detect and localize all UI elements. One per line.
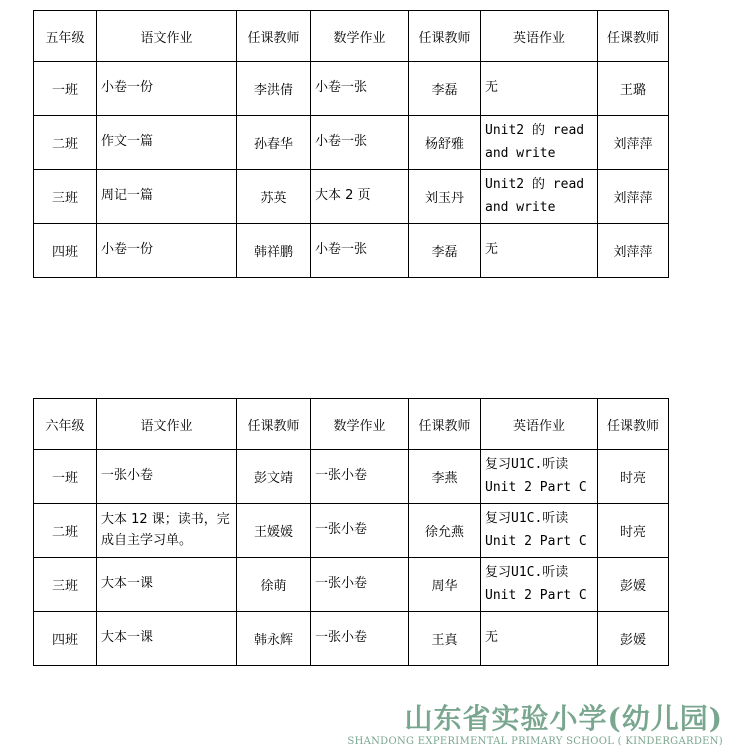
column-header-teacher: 任课教师	[237, 399, 311, 450]
school-name-english: SHANDONG EXPERIMENTAL PRIMARY SCHOOL ( K…	[347, 736, 723, 747]
english-homework-cell: 复习U1C.听读Unit 2 Part C	[481, 504, 598, 558]
table-row: 一班 小卷一份 李洪倩 小卷一张 李磊 无 王璐	[34, 62, 669, 116]
math-homework-cell: 一张小卷	[311, 504, 409, 558]
english-homework-cell: 复习U1C.听读Unit 2 Part C	[481, 558, 598, 612]
teacher-cell: 王璐	[598, 62, 669, 116]
class-cell: 三班	[34, 558, 97, 612]
grade6-header-row: 六年级 语文作业 任课教师 数学作业 任课教师 英语作业 任课教师	[34, 399, 669, 450]
class-cell: 二班	[34, 116, 97, 170]
teacher-cell: 徐萌	[237, 558, 311, 612]
teacher-cell: 徐允燕	[409, 504, 481, 558]
chinese-homework-cell: 一张小卷	[97, 450, 237, 504]
column-header-teacher: 任课教师	[598, 399, 669, 450]
teacher-cell: 苏英	[237, 170, 311, 224]
table-row: 一班 一张小卷 彭文靖 一张小卷 李燕 复习U1C.听读Unit 2 Part …	[34, 450, 669, 504]
grade5-header-row: 五年级 语文作业 任课教师 数学作业 任课教师 英语作业 任课教师	[34, 11, 669, 62]
teacher-cell: 刘萍萍	[598, 170, 669, 224]
teacher-cell: 时亮	[598, 504, 669, 558]
math-homework-cell: 大本 2 页	[311, 170, 409, 224]
teacher-cell: 彭媛	[598, 558, 669, 612]
teacher-cell: 韩永辉	[237, 612, 311, 666]
math-homework-cell: 一张小卷	[311, 450, 409, 504]
english-homework-cell: 复习U1C.听读Unit 2 Part C	[481, 450, 598, 504]
column-header-teacher: 任课教师	[598, 11, 669, 62]
grade5-label: 五年级	[34, 11, 97, 62]
grade5-homework-table: 五年级 语文作业 任课教师 数学作业 任课教师 英语作业 任课教师 一班 小卷一…	[33, 10, 669, 278]
teacher-cell: 王真	[409, 612, 481, 666]
english-homework-cell: 无	[481, 62, 598, 116]
class-cell: 四班	[34, 612, 97, 666]
chinese-homework-cell: 作文一篇	[97, 116, 237, 170]
math-homework-cell: 小卷一张	[311, 116, 409, 170]
school-name-chinese: 山东省实验小学(幼儿园)	[347, 704, 723, 735]
column-header-english-homework: 英语作业	[481, 11, 598, 62]
teacher-cell: 周华	[409, 558, 481, 612]
column-header-teacher: 任课教师	[237, 11, 311, 62]
teacher-cell: 时亮	[598, 450, 669, 504]
table-row: 二班 作文一篇 孙春华 小卷一张 杨舒雅 Unit2 的 read and wr…	[34, 116, 669, 170]
column-header-teacher: 任课教师	[409, 399, 481, 450]
class-cell: 一班	[34, 62, 97, 116]
table-row: 四班 大本一课 韩永辉 一张小卷 王真 无 彭媛	[34, 612, 669, 666]
class-cell: 四班	[34, 224, 97, 278]
english-homework-cell: 无	[481, 224, 598, 278]
column-header-teacher: 任课教师	[409, 11, 481, 62]
teacher-cell: 彭媛	[598, 612, 669, 666]
teacher-cell: 李洪倩	[237, 62, 311, 116]
teacher-cell: 李燕	[409, 450, 481, 504]
teacher-cell: 韩祥鹏	[237, 224, 311, 278]
table-row: 四班 小卷一份 韩祥鹏 小卷一张 李磊 无 刘萍萍	[34, 224, 669, 278]
teacher-cell: 刘萍萍	[598, 224, 669, 278]
column-header-math-homework: 数学作业	[311, 399, 409, 450]
chinese-homework-cell: 周记一篇	[97, 170, 237, 224]
teacher-cell: 李磊	[409, 224, 481, 278]
class-cell: 二班	[34, 504, 97, 558]
math-homework-cell: 小卷一张	[311, 224, 409, 278]
school-logo: 山东省实验小学(幼儿园) SHANDONG EXPERIMENTAL PRIMA…	[347, 704, 723, 747]
math-homework-cell: 一张小卷	[311, 558, 409, 612]
class-cell: 三班	[34, 170, 97, 224]
chinese-homework-cell: 大本一课	[97, 612, 237, 666]
grade6-label: 六年级	[34, 399, 97, 450]
column-header-math-homework: 数学作业	[311, 11, 409, 62]
teacher-cell: 杨舒雅	[409, 116, 481, 170]
teacher-cell: 王媛媛	[237, 504, 311, 558]
table-row: 三班 周记一篇 苏英 大本 2 页 刘玉丹 Unit2 的 read and w…	[34, 170, 669, 224]
english-homework-cell: Unit2 的 read and write	[481, 170, 598, 224]
column-header-english-homework: 英语作业	[481, 399, 598, 450]
teacher-cell: 刘玉丹	[409, 170, 481, 224]
english-homework-cell: 无	[481, 612, 598, 666]
chinese-homework-cell: 大本一课	[97, 558, 237, 612]
math-homework-cell: 小卷一张	[311, 62, 409, 116]
math-homework-cell: 一张小卷	[311, 612, 409, 666]
teacher-cell: 刘萍萍	[598, 116, 669, 170]
chinese-homework-cell: 小卷一份	[97, 62, 237, 116]
chinese-homework-cell: 小卷一份	[97, 224, 237, 278]
teacher-cell: 孙春华	[237, 116, 311, 170]
column-header-chinese-homework: 语文作业	[97, 399, 237, 450]
table-row: 三班 大本一课 徐萌 一张小卷 周华 复习U1C.听读Unit 2 Part C…	[34, 558, 669, 612]
teacher-cell: 李磊	[409, 62, 481, 116]
table-row: 二班 大本 12 课；读书，完成自主学习单。 王媛媛 一张小卷 徐允燕 复习U1…	[34, 504, 669, 558]
column-header-chinese-homework: 语文作业	[97, 11, 237, 62]
grade6-homework-table: 六年级 语文作业 任课教师 数学作业 任课教师 英语作业 任课教师 一班 一张小…	[33, 398, 669, 666]
chinese-homework-cell: 大本 12 课；读书，完成自主学习单。	[97, 504, 237, 558]
teacher-cell: 彭文靖	[237, 450, 311, 504]
english-homework-cell: Unit2 的 read and write	[481, 116, 598, 170]
class-cell: 一班	[34, 450, 97, 504]
